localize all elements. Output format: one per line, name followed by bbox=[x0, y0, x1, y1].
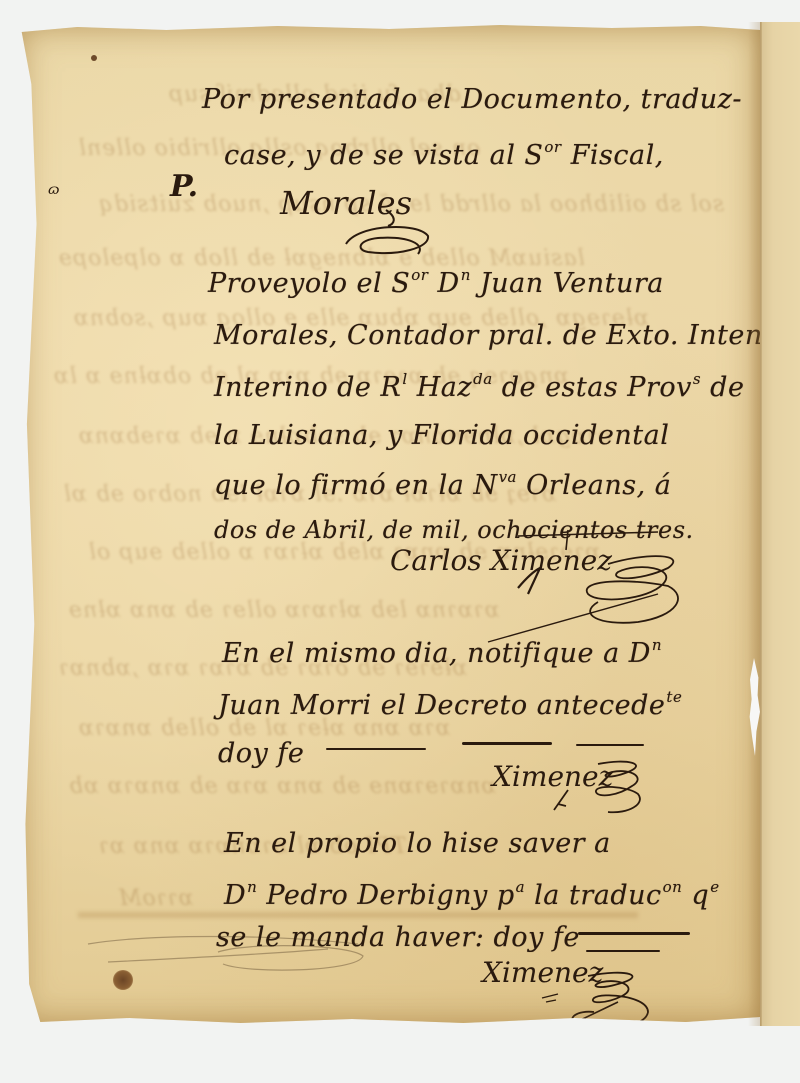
bleed-through-text: ɒɿɒɿnɒ lɘb ɒƚɿɒɿɒ ollɘɿ ɘb ɒnɒ ɒƚnɘ bbox=[68, 598, 500, 623]
notification-line-3: doy fe bbox=[218, 740, 304, 767]
translation-line-3: se le manda haver: doy fe bbox=[216, 924, 580, 951]
fill-line bbox=[462, 742, 552, 745]
provision-line-1: Proveyolo el Sor Dn Juan Ventura bbox=[208, 268, 664, 297]
notification-line-1: En el mismo dia, notifique a Dn bbox=[222, 638, 662, 667]
fill-line bbox=[326, 748, 426, 750]
bleed-through-text: ɒɿɿoM bbox=[118, 886, 194, 911]
ink-stain bbox=[113, 970, 133, 990]
provision-line-2: Morales, Contador pral. de Exto. Intendt… bbox=[214, 320, 797, 349]
document-scan: dha. fu ijod olledmiʃ sup on sel ollrboq… bbox=[0, 0, 800, 1083]
manuscript-leaf: dha. fu ijod olledmiʃ sup on sel ollrboq… bbox=[18, 24, 760, 1024]
margin-letter-p: P. bbox=[170, 169, 198, 204]
decree-line-1: Por presentado el Documento, traduz- bbox=[202, 86, 742, 113]
adjacent-page-edge bbox=[760, 22, 800, 1026]
translation-line-2: Dn Pedro Derbigny pa la traducon qe bbox=[224, 880, 720, 909]
bleed-through-rule bbox=[78, 912, 638, 918]
fill-line bbox=[578, 932, 690, 935]
margin-small-mark: ɷ bbox=[48, 182, 60, 198]
signature-morales: Morales bbox=[280, 184, 412, 222]
signature-carlos-ximenez: Carlos Ximenez bbox=[390, 544, 612, 577]
provision-line-4: la Luisiana, y Florida occidental bbox=[214, 422, 669, 449]
fill-line bbox=[586, 950, 660, 952]
page-fold-shadow bbox=[748, 22, 762, 1026]
translation-line-1: En el propio lo hise saver a bbox=[224, 830, 611, 857]
provision-line-6: dos de Abril, de mil, ochocientos tres. bbox=[214, 518, 694, 542]
provision-line-5: que lo firmó en la Nva Orleans, á bbox=[214, 470, 671, 499]
notification-line-2: Juan Morri el Decreto antecedete bbox=[218, 690, 682, 719]
decree-line-2: case, y de se vista al Sor Fiscal, bbox=[224, 140, 664, 169]
signature-ximenez-2: Ximenez bbox=[492, 760, 613, 793]
provision-line-3: Interino de Rl Hazda de estas Provs de bbox=[214, 372, 744, 401]
ink-dot bbox=[91, 55, 97, 61]
signature-ximenez-3: Ximenez bbox=[482, 956, 603, 989]
fill-line bbox=[576, 744, 644, 746]
bleed-through-text: ɒnɒɿɘɿɒnɘ ɘb ɒnɒ ɒɿɒ ɘb ɒnɒɿɒ ɒb bbox=[68, 774, 496, 799]
